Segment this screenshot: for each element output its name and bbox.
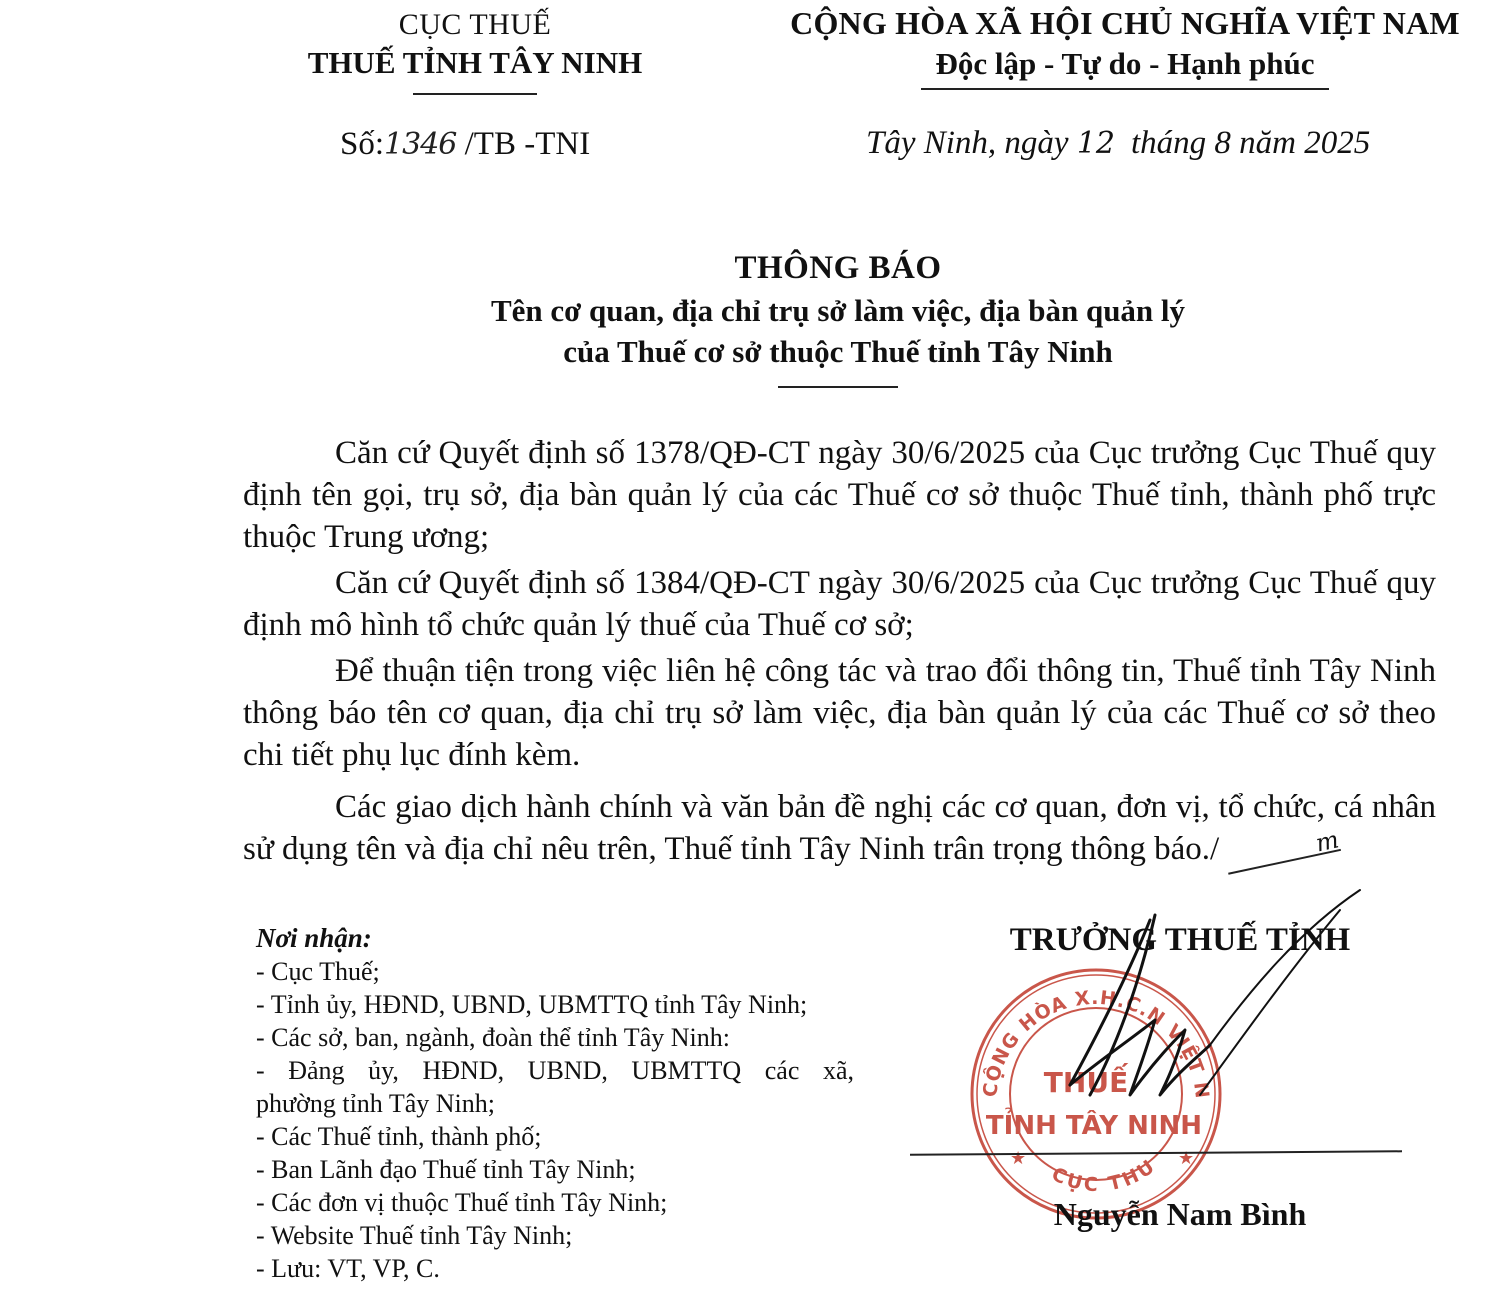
recipient-item: phường tỉnh Tây Ninh; bbox=[256, 1087, 854, 1120]
recipient-item: - Các đơn vị thuộc Thuế tỉnh Tây Ninh; bbox=[256, 1186, 854, 1219]
body-paragraph: Căn cứ Quyết định số 1384/QĐ-CT ngày 30/… bbox=[243, 562, 1436, 646]
recipient-item: - Ban Lãnh đạo Thuế tỉnh Tây Ninh; bbox=[256, 1153, 854, 1186]
place-and-date: Tây Ninh, ngày 12tháng 8 năm 2025 bbox=[866, 120, 1370, 167]
doc-number-prefix: Số: bbox=[340, 126, 384, 162]
nation-title: CỘNG HÒA XÃ HỘI CHỦ NGHĨA VIỆT NAM bbox=[760, 2, 1490, 44]
recipient-item: - Cục Thuế; bbox=[256, 955, 854, 988]
initials-mark-icon: m bbox=[1224, 829, 1341, 874]
day-handwritten: 12 bbox=[1077, 126, 1115, 161]
parent-agency: CỤC THUẾ bbox=[240, 6, 710, 44]
motto-underline bbox=[921, 88, 1329, 90]
title-underline bbox=[778, 386, 898, 388]
recipients-block: Nơi nhận: - Cục Thuế; - Tỉnh ủy, HĐND, U… bbox=[256, 922, 854, 1285]
doc-number-suffix: /TB -TNI bbox=[456, 126, 590, 162]
body-paragraph: Để thuận tiện trong việc liên hệ công tá… bbox=[243, 650, 1436, 776]
recipient-item: - Đảng ủy, HĐND, UBND, UBMTTQ các xã, bbox=[256, 1054, 854, 1087]
national-header-block: CỘNG HÒA XÃ HỘI CHỦ NGHĨA VIỆT NAM Độc l… bbox=[760, 2, 1490, 90]
body-paragraph-closing: Các giao dịch hành chính và văn bản đề n… bbox=[243, 786, 1436, 870]
recipient-item: - Các sở, ban, ngành, đoàn thể tỉnh Tây … bbox=[256, 1021, 854, 1054]
recipients-label: Nơi nhận: bbox=[256, 922, 854, 955]
place-date-prefix: Tây Ninh, ngày bbox=[866, 125, 1077, 161]
doc-number-handwritten: 1346 bbox=[384, 127, 456, 162]
handwritten-signature-icon bbox=[1060, 880, 1380, 1150]
signer-name: Nguyễn Nam Bình bbox=[900, 1192, 1460, 1236]
recipient-item: - Lưu: VT, VP, C. bbox=[256, 1252, 854, 1285]
document-subject-line-2: của Thuế cơ sở thuộc Thuế tỉnh Tây Ninh bbox=[300, 331, 1376, 372]
national-motto: Độc lập - Tự do - Hạnh phúc bbox=[760, 44, 1490, 84]
place-date-suffix: tháng 8 năm 2025 bbox=[1131, 125, 1370, 161]
recipient-item: - Tỉnh ủy, HĐND, UBND, UBMTTQ tỉnh Tây N… bbox=[256, 988, 854, 1021]
body-paragraph: Căn cứ Quyết định số 1378/QĐ-CT ngày 30/… bbox=[243, 432, 1436, 558]
document-body: Căn cứ Quyết định số 1378/QĐ-CT ngày 30/… bbox=[243, 432, 1436, 874]
document-subject-line-1: Tên cơ quan, địa chỉ trụ sở làm việc, đị… bbox=[300, 290, 1376, 331]
document-type: THÔNG BÁO bbox=[300, 246, 1376, 290]
agency-name: THUẾ TỈNH TÂY NINH bbox=[240, 44, 710, 82]
recipient-item: - Website Thuế tỉnh Tây Ninh; bbox=[256, 1219, 854, 1252]
document-number: Số:1346 /TB -TNI bbox=[340, 122, 590, 167]
issuing-agency-block: CỤC THUẾ THUẾ TỈNH TÂY NINH bbox=[240, 6, 710, 95]
agency-underline bbox=[413, 93, 537, 95]
document-title-block: THÔNG BÁO Tên cơ quan, địa chỉ trụ sở là… bbox=[300, 246, 1376, 388]
recipient-item: - Các Thuế tỉnh, thành phố; bbox=[256, 1120, 854, 1153]
svg-text:★: ★ bbox=[1010, 1148, 1026, 1168]
